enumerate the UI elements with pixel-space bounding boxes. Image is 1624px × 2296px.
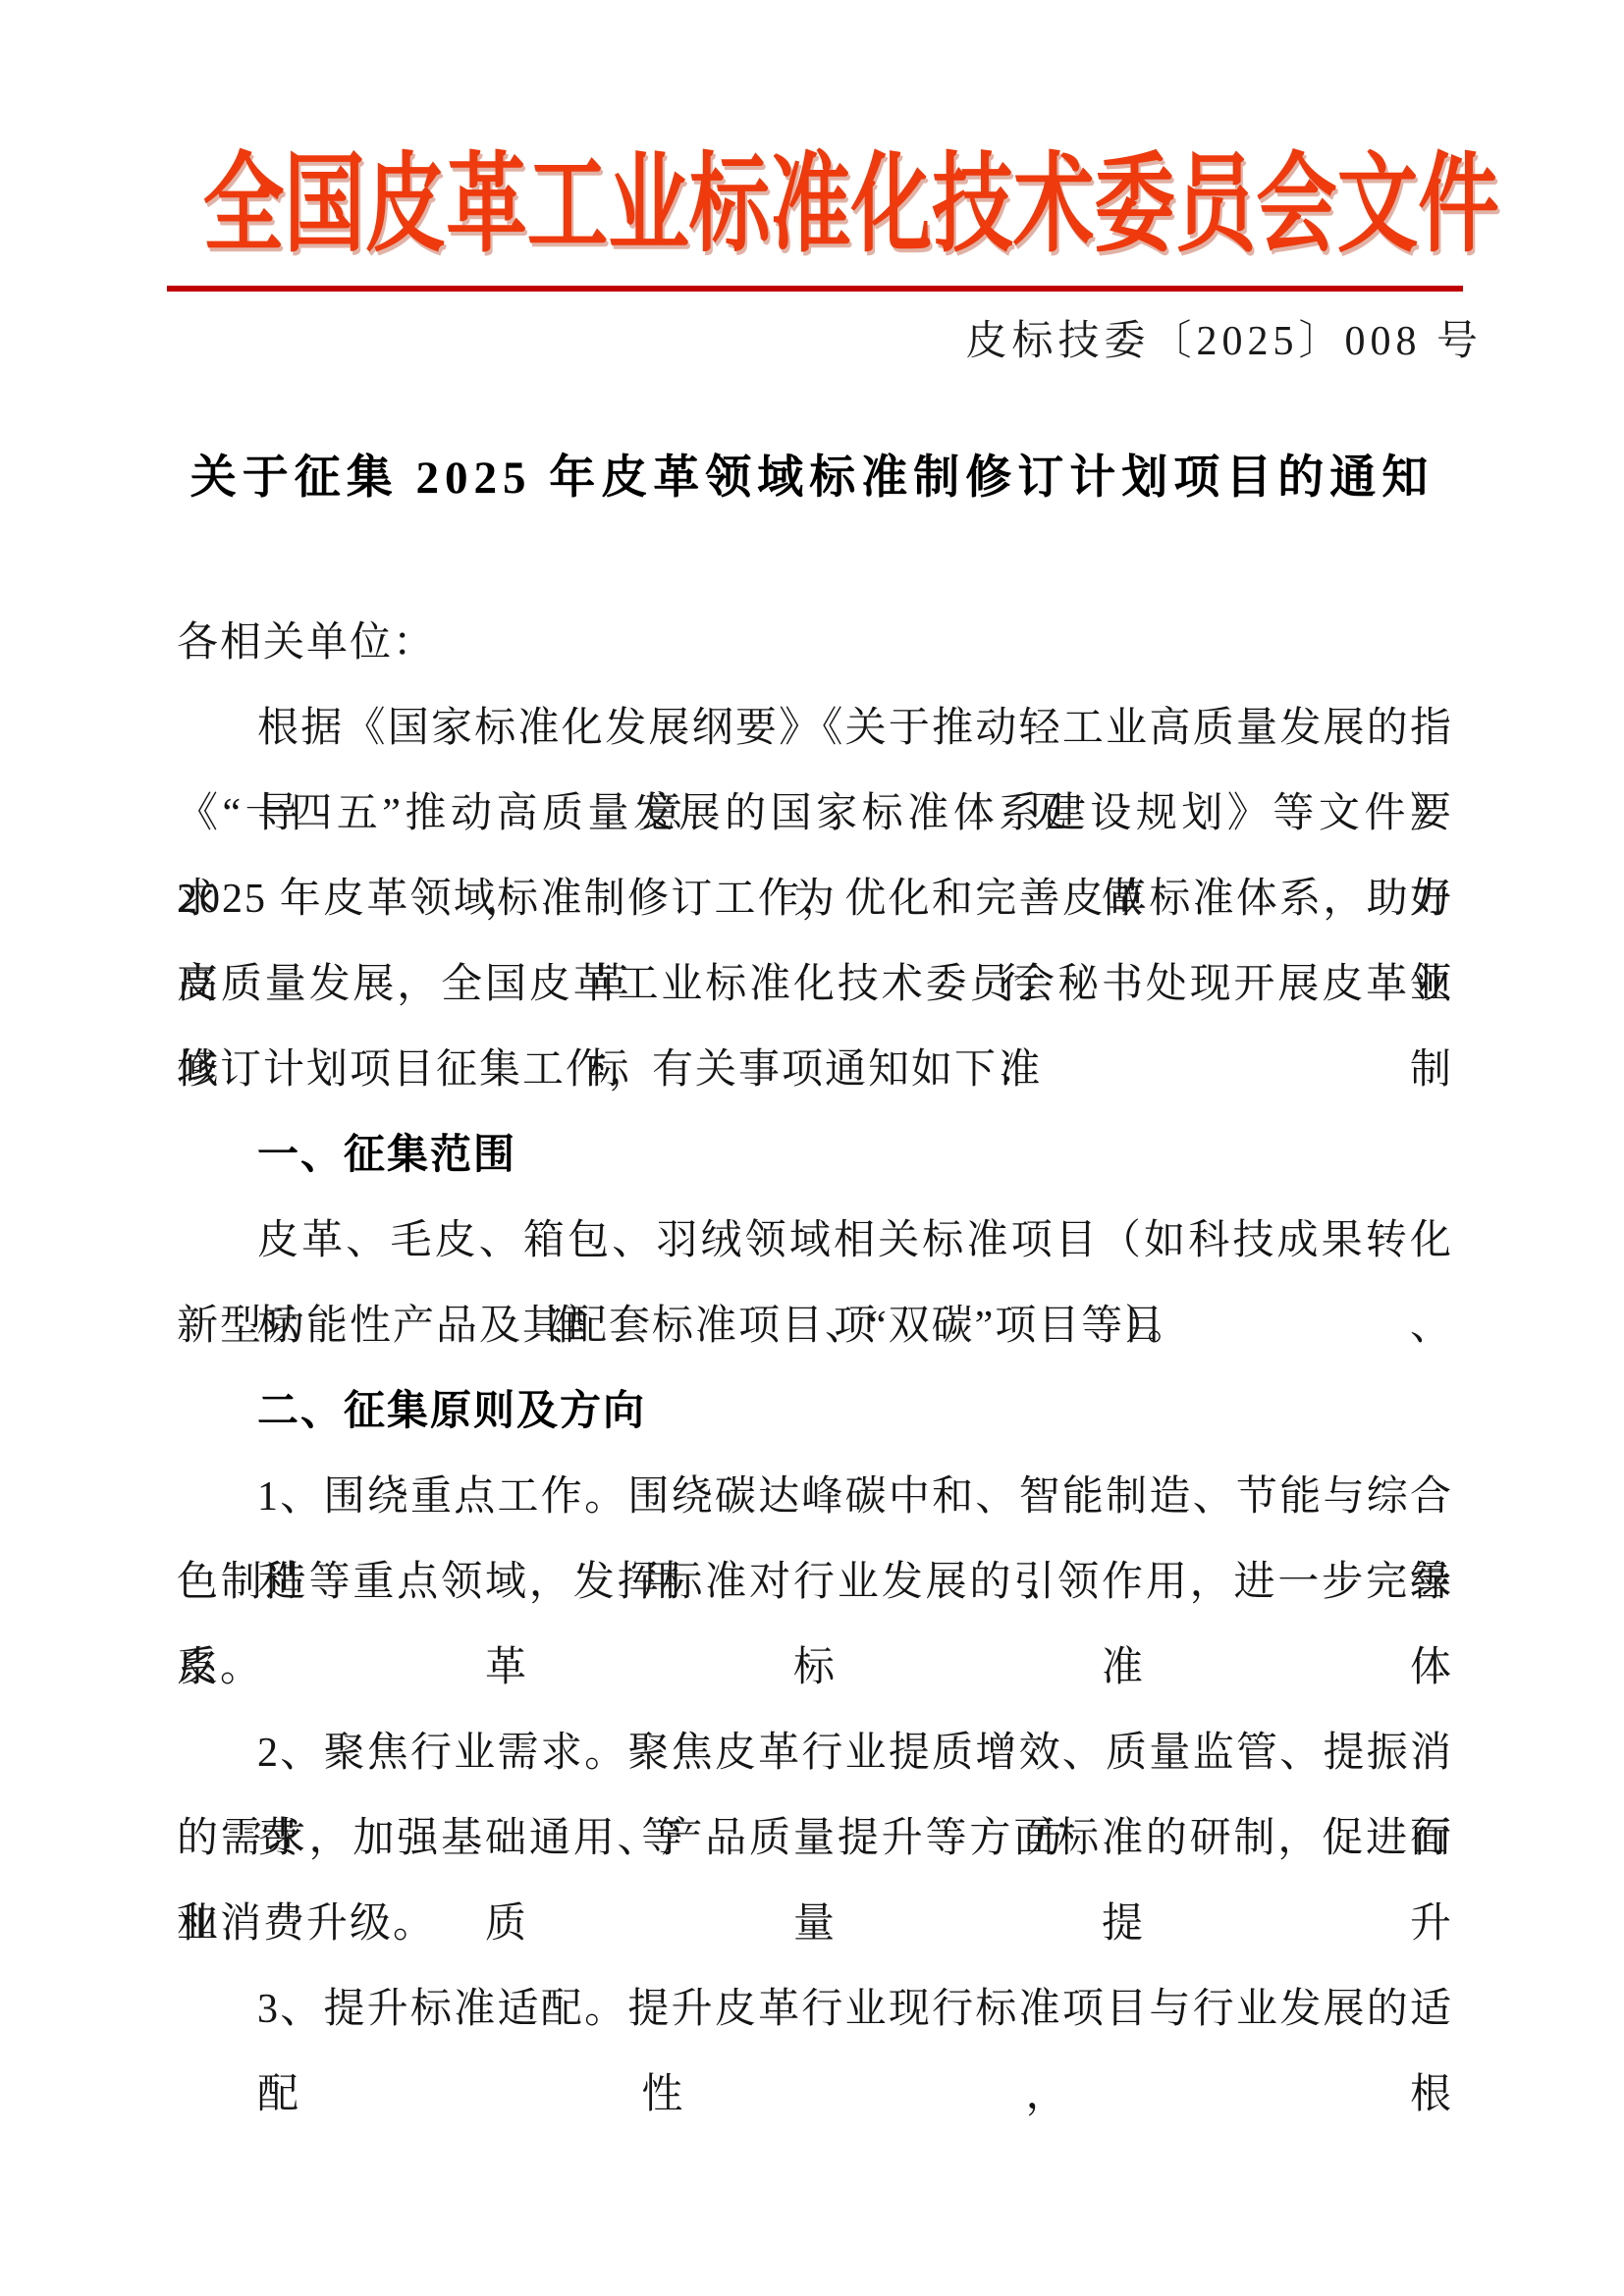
body-line: 《“十四五”推动高质量发展的国家标准体系建设规划》等文件要求，为做好: [177, 772, 1453, 857]
document-page: 全国皮革工业标准化技术委员会文件 皮标技委〔2025〕008 号 关于征集 20…: [0, 0, 1624, 2296]
body-line: 高质量发展，全国皮革工业标准化技术委员会秘书处现开展皮革领域标准制: [177, 942, 1453, 1028]
body-line: 色制造等重点领域，发挥标准对行业发展的引领作用，进一步完善皮革标准体: [177, 1540, 1453, 1626]
section-heading-2: 二、征集原则及方向: [177, 1369, 1453, 1455]
document-title: 关于征集 2025 年皮革领域标准制修订计划项目的通知: [0, 448, 1624, 508]
body-line: 1、围绕重点工作。围绕碳达峰碳中和、智能制造、节能与综合利用、绿: [177, 1455, 1453, 1540]
body-line: 的需求，加强基础通用、产品质量提升等方面标准的研制，促进行业质量提升: [177, 1796, 1453, 1882]
body-line: 2025 年皮革领域标准制修订工作，优化和完善皮革标准体系，助力皮革行业: [177, 857, 1453, 942]
letterhead-divider-rule: [167, 286, 1463, 292]
letterhead-org-title: 全国皮革工业标准化技术委员会文件: [203, 150, 1422, 260]
body-line: 根据《国家标准化发展纲要》《关于推动轻工业高质量发展的指导意见》: [177, 686, 1453, 772]
document-body: 各相关单位： 根据《国家标准化发展纲要》《关于推动轻工业高质量发展的指导意见》 …: [177, 601, 1453, 2053]
section-heading-1: 一、征集范围: [177, 1113, 1453, 1199]
body-line: 3、提升标准适配。提升皮革行业现行标准项目与行业发展的适配性，根: [177, 1967, 1453, 2053]
salutation-line: 各相关单位：: [177, 601, 1453, 686]
document-reference-number: 皮标技委〔2025〕008 号: [177, 316, 1483, 367]
body-line: 皮革、毛皮、箱包、羽绒领域相关标准项目（如科技成果转化标准项目、: [177, 1199, 1453, 1284]
body-line: 2、聚焦行业需求。聚焦皮革行业提质增效、质量监管、提振消费等方面: [177, 1711, 1453, 1796]
